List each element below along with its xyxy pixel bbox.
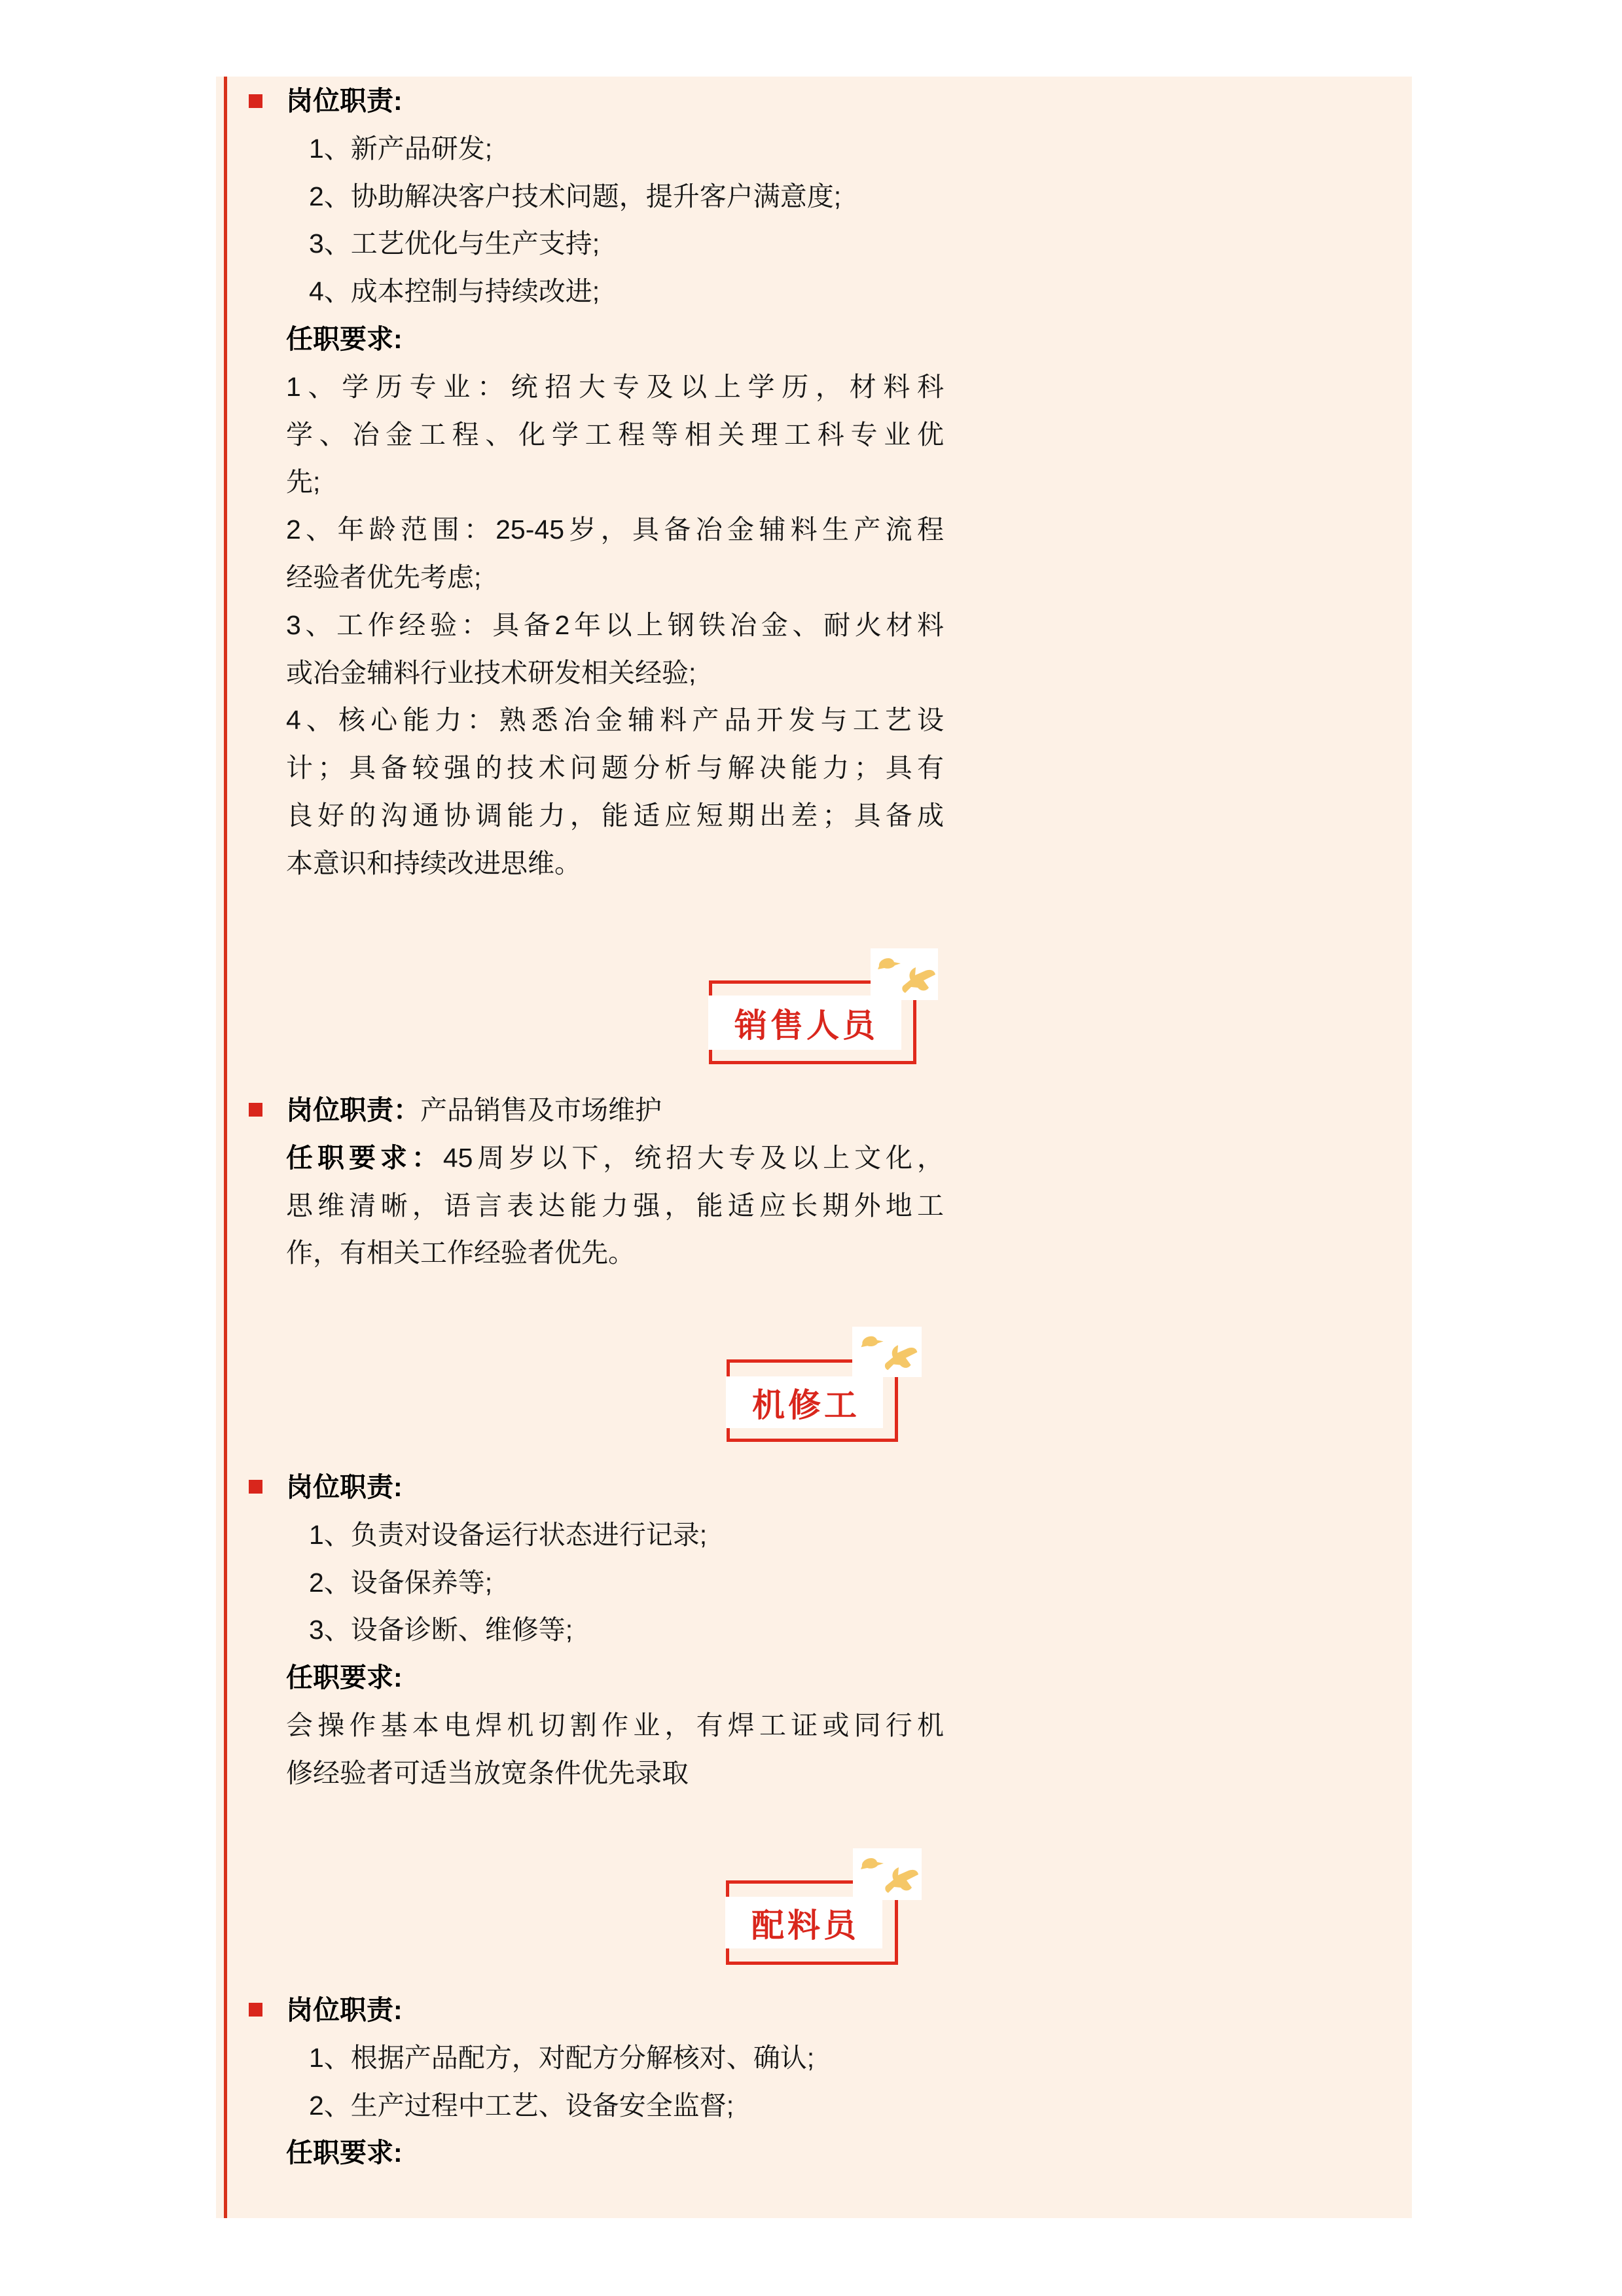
requirement-text: 45周岁以下，统招大专及以上文化， (443, 1143, 944, 1173)
requirement-line: 先; (286, 458, 947, 506)
duty-inline: 岗位职责：产品销售及市场维护 (286, 1086, 947, 1134)
birds-decoration (871, 948, 938, 1000)
title-box-batching: 配料员 (725, 1897, 882, 1948)
title-box-sales: 销售人员 (708, 996, 901, 1050)
birds-decoration (853, 1848, 922, 1900)
duty-item: 1、负责对设备运行状态进行记录; (286, 1511, 947, 1559)
requirement-line: 3、工作经验：具备2年以上钢铁冶金、耐火材料 (286, 601, 944, 649)
job-title-label: 机修工 (749, 1379, 860, 1426)
section-heading: 任职要求: (286, 2129, 947, 2177)
requirement-line: 良好的沟通协调能力，能适应短期出差；具备成 (286, 792, 944, 840)
requirement-line: 1、学历专业：统招大专及以上学历，材料科 (286, 363, 944, 411)
duty-item: 2、生产过程中工艺、设备安全监督; (286, 2082, 947, 2130)
requirement-line: 思维清晰，语言表达能力强，能适应长期外地工 (286, 1182, 944, 1230)
birds-icon (853, 1848, 922, 1900)
duty-item: 4、成本控制与持续改进; (286, 268, 947, 315)
requirement-line: 经验者优先考虑; (286, 554, 947, 601)
duty-item: 3、设备诊断、维修等; (286, 1606, 947, 1654)
duty-item: 1、新产品研发; (286, 125, 947, 173)
requirement-line: 4、核心能力：熟悉冶金辅料产品开发与工艺设 (286, 696, 944, 744)
heading-label: 岗位职责： (286, 1095, 420, 1125)
requirement-line: 或冶金辅料行业技术研发相关经验; (286, 649, 947, 697)
heading-label: 任职要求： (286, 1143, 443, 1173)
duty-item: 2、协助解决客户技术问题，提升客户满意度; (286, 173, 947, 221)
duty-item: 2、设备保养等; (286, 1559, 947, 1607)
section-sales: 岗位职责：产品销售及市场维护 任职要求：45周岁以下，统招大专及以上文化， 思维… (286, 1086, 947, 1277)
requirement-line: 任职要求：45周岁以下，统招大专及以上文化， (286, 1134, 944, 1182)
left-accent-line (224, 77, 227, 2218)
requirement-line: 作，有相关工作经验者优先。 (286, 1229, 947, 1277)
birds-icon (871, 948, 938, 1000)
job-title-label: 销售人员 (731, 999, 878, 1047)
heading-label: 岗位职责: (286, 1472, 403, 1502)
birds-icon (852, 1327, 922, 1377)
section-rd: 岗位职责: 1、新产品研发; 2、协助解决客户技术问题，提升客户满意度; 3、工… (286, 77, 947, 888)
birds-decoration (852, 1327, 922, 1377)
heading-label: 任职要求: (286, 324, 403, 354)
section-bullet (249, 1480, 262, 1494)
title-box-mechanic: 机修工 (726, 1376, 883, 1428)
heading-label: 岗位职责: (286, 1995, 403, 2025)
requirement-line: 2、年龄范围：25-45岁，具备冶金辅料生产流程 (286, 506, 944, 554)
section-heading: 任职要求: (286, 1654, 947, 1702)
duty-item: 3、工艺优化与生产支持; (286, 220, 947, 268)
requirement-line: 学、冶金工程、化学工程等相关理工科专业优 (286, 411, 944, 459)
requirement-line: 会操作基本电焊机切割作业，有焊工证或同行机 (286, 1702, 944, 1749)
section-bullet (249, 2003, 262, 2017)
section-heading: 岗位职责: (286, 1986, 947, 2034)
section-heading: 任职要求: (286, 315, 947, 363)
section-mechanic: 岗位职责: 1、负责对设备运行状态进行记录; 2、设备保养等; 3、设备诊断、维… (286, 1463, 947, 1797)
job-title-label: 配料员 (748, 1899, 859, 1946)
heading-label: 任职要求: (286, 2138, 403, 2168)
section-bullet (249, 94, 262, 108)
section-bullet (249, 1103, 262, 1117)
heading-label: 岗位职责: (286, 86, 403, 116)
requirement-line: 修经验者可适当放宽条件优先录取 (286, 1749, 947, 1797)
heading-label: 任职要求: (286, 1662, 403, 1693)
duty-text: 产品销售及市场维护 (420, 1095, 662, 1125)
recruitment-page: 岗位职责: 1、新产品研发; 2、协助解决客户技术问题，提升客户满意度; 3、工… (0, 0, 1622, 2296)
requirement-line: 计；具备较强的技术问题分析与解决能力；具有 (286, 744, 944, 792)
duty-item: 1、根据产品配方，对配方分解核对、确认; (286, 2034, 947, 2082)
section-heading: 岗位职责: (286, 77, 947, 125)
section-batching: 岗位职责: 1、根据产品配方，对配方分解核对、确认; 2、生产过程中工艺、设备安… (286, 1986, 947, 2177)
section-heading: 岗位职责: (286, 1463, 947, 1511)
requirement-line: 本意识和持续改进思维。 (286, 840, 947, 888)
